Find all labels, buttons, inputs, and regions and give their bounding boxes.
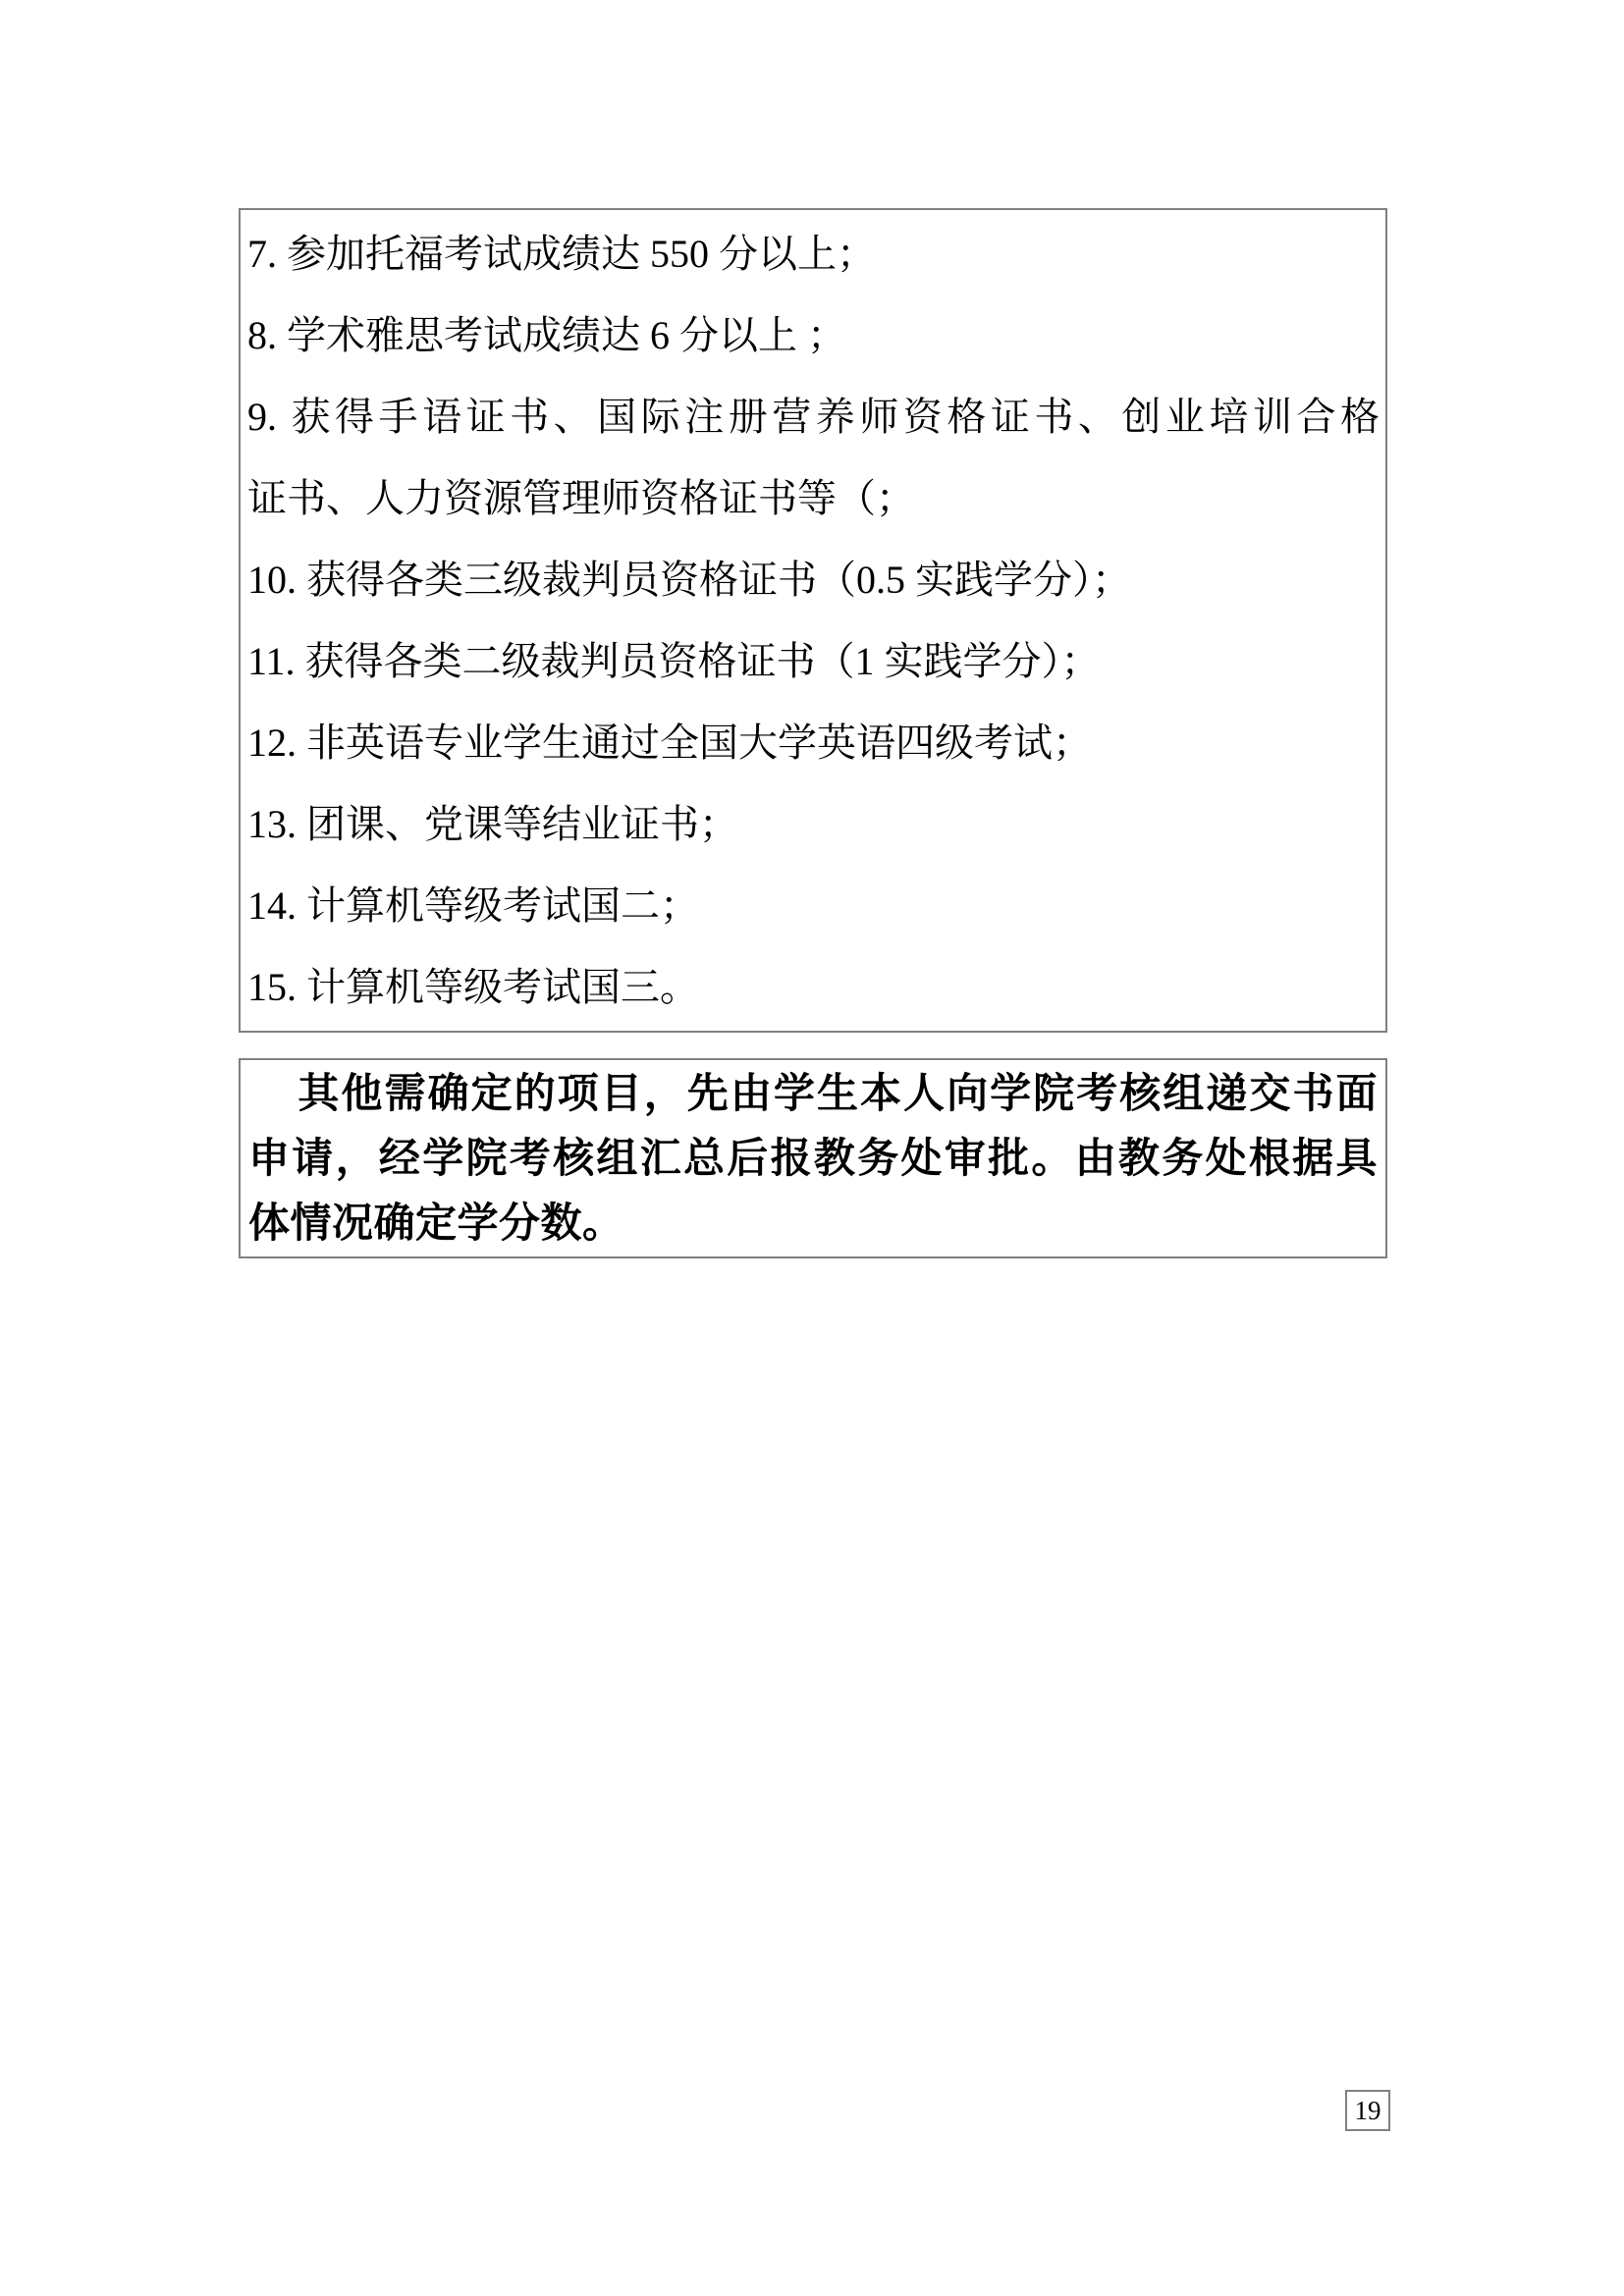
list-item: 13. 团课、党课等结业证书； (247, 783, 1380, 865)
list-item: 11. 获得各类二级裁判员资格证书（1 实践学分）； (247, 620, 1380, 702)
list-item: 10. 获得各类三级裁判员资格证书（0.5 实践学分）； (247, 539, 1380, 620)
page-number-box: 19 (1345, 2090, 1390, 2131)
credit-items-box: 7. 参加托福考试成绩达 550 分以上； 8. 学术雅思考试成绩达 6 分以上… (239, 208, 1387, 1033)
list-item: 12. 非英语专业学生通过全国大学英语四级考试； (247, 702, 1380, 783)
note-line: 其他需确定的项目，先由学生本人向学院考核组递交书面 (248, 1062, 1378, 1127)
list-item: 8. 学术雅思考试成绩达 6 分以上 ； (247, 294, 1380, 376)
list-item: 7. 参加托福考试成绩达 550 分以上； (247, 213, 1380, 294)
note-line: 体情况确定学分数。 (248, 1192, 1378, 1256)
list-item-continuation: 证书、人力资源管理师资格证书等（； (247, 457, 1380, 539)
list-item: 15. 计算机等级考试国三。 (247, 946, 1380, 1028)
list-item: 14. 计算机等级考试国二； (247, 865, 1380, 946)
page-number: 19 (1355, 2098, 1381, 2124)
document-page: 7. 参加托福考试成绩达 550 分以上； 8. 学术雅思考试成绩达 6 分以上… (0, 0, 1624, 2296)
list-item: 9. 获得手语证书、国际注册营养师资格证书、创业培训合格 (247, 376, 1380, 457)
note-line: 申请，经学院考核组汇总后报教务处审批。由教务处根据具 (248, 1127, 1378, 1192)
approval-note-box: 其他需确定的项目，先由学生本人向学院考核组递交书面 申请，经学院考核组汇总后报教… (239, 1058, 1387, 1258)
